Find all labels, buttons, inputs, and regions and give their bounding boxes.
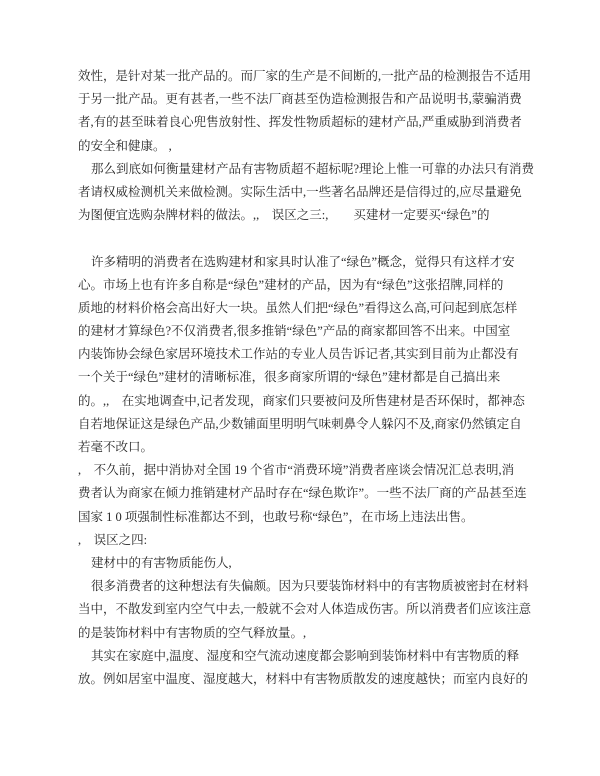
text-line: , 误区之四: bbox=[78, 529, 520, 552]
document-page: 效性，是针对某一批产品的。而厂家的生产是不间断的,一批产品的检测报告不适用于另一… bbox=[0, 0, 600, 776]
text-line: 质地的材料价格会高出好大一块。虽然人们把“绿色”看得这么高,可问起到底怎样 bbox=[78, 297, 520, 320]
text-line: , 不久前，据中消协对全国 19 个省市“消费环境”消费者座谈会情况汇总表明,消 bbox=[78, 459, 520, 482]
text-line: 国家 1 0 项强制性标准都达不到，也敢号称“绿色”，在市场上违法出售。 bbox=[78, 506, 520, 529]
text-line: 许多精明的消费者在选购建材和家具时认准了“绿色”概念，觉得只有这样才安 bbox=[78, 251, 520, 274]
text-line: 于另一批产品。更有甚者,一些不法厂商甚至伪造检测报告和产品说明书,蒙骗消费 bbox=[78, 88, 520, 111]
text-line bbox=[78, 227, 520, 250]
text-line: 若毫不改口。 bbox=[78, 436, 520, 459]
text-line: 的建材才算绿色?不仅消费者,很多推销“绿色”产品的商家都回答不出来。中国室 bbox=[78, 320, 520, 343]
text-line: 一个关于“绿色”建材的清晰标准，很多商家所谓的“绿色”建材都是自己搞出来 bbox=[78, 366, 520, 389]
text-line: 者,有的甚至昧着良心兜售放射性、挥发性物质超标的建材产品,严重威胁到消费者 bbox=[78, 111, 520, 134]
text-line: 者请权威检测机关来做检测。实际生活中,一些著名品牌还是信得过的,应尽量避免 bbox=[78, 181, 520, 204]
text-line: 建材中的有害物质能伤人, bbox=[78, 552, 520, 575]
text-line: 为图便宜选购杂牌材料的做法。,, 误区之三:, 买建材一定要买“绿色”的 bbox=[78, 204, 520, 227]
text-line: 很多消费者的这种想法有失偏颇。因为只要装饰材料中的有害物质被密封在材料 bbox=[78, 575, 520, 598]
text-line: 费者认为商家在倾力推销建材产品时存在“绿色欺诈”。一些不法厂商的产品甚至连 bbox=[78, 482, 520, 505]
document-body: 效性，是针对某一批产品的。而厂家的生产是不间断的,一批产品的检测报告不适用于另一… bbox=[78, 65, 520, 691]
text-line: 其实在家庭中,温度、湿度和空气流动速度都会影响到装饰材料中有害物质的释 bbox=[78, 645, 520, 668]
text-line: 的是装饰材料中有害物质的空气释放量。, bbox=[78, 622, 520, 645]
text-line: 放。例如居室中温度、湿度越大，材料中有害物质散发的速度越快；而室内良好的 bbox=[78, 668, 520, 691]
text-line: 内装饰协会绿色家居环境技术工作站的专业人员告诉记者,其实到目前为止都没有 bbox=[78, 343, 520, 366]
text-line: 的安全和健康。 , bbox=[78, 135, 520, 158]
text-line: 心。市场上也有许多自称是“绿色”建材的产品，因为有“绿色”这张招牌,同样的 bbox=[78, 274, 520, 297]
text-line: 那么到底如何衡量建材产品有害物质超不超标呢?理论上惟一可靠的办法只有消费 bbox=[78, 158, 520, 181]
text-line: 当中，不散发到室内空气中去,一般就不会对人体造成伤害。所以消费者们应该注意 bbox=[78, 598, 520, 621]
text-line: 的。,, 在实地调查中,记者发现，商家们只要被问及所售建材是否环保时，都神态 bbox=[78, 390, 520, 413]
text-line: 自若地保证这是绿色产品,少数铺面里明明气味刺鼻令人躲闪不及,商家仍然镇定自 bbox=[78, 413, 520, 436]
text-line: 效性，是针对某一批产品的。而厂家的生产是不间断的,一批产品的检测报告不适用 bbox=[78, 65, 520, 88]
